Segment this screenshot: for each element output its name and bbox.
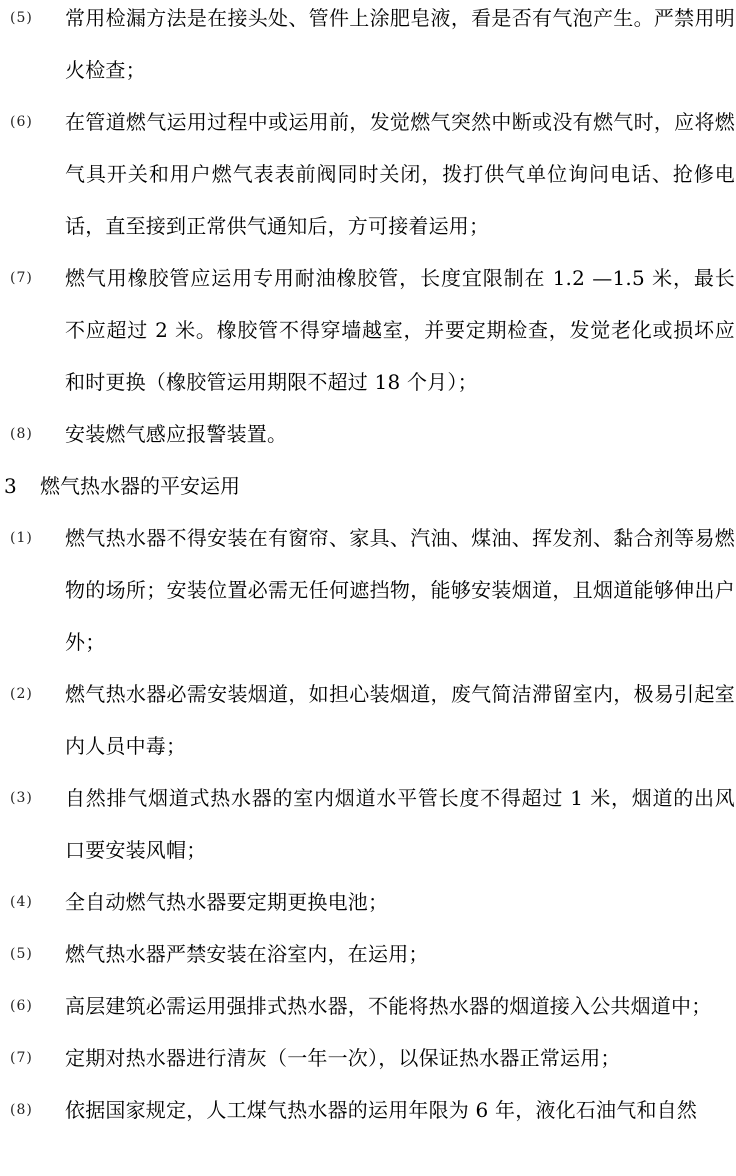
item-number: (1) bbox=[10, 512, 60, 564]
list-item-8b: (8) 依据国家规定，人工煤气热水器的运用年限为 6 年，液化石油气和自然 bbox=[0, 1084, 736, 1136]
item-number: (2) bbox=[10, 668, 60, 720]
section-heading: 3 燃气热水器的平安运用 bbox=[0, 460, 736, 512]
item-text: 定期对热水器进行清灰（一年一次），以保证热水器正常运用； bbox=[65, 1032, 735, 1084]
list-item-1: (1) 燃气热水器不得安装在有窗帘、家具、汽油、煤油、挥发剂、黏合剂等易燃物的场… bbox=[0, 512, 736, 668]
item-text: 高层建筑必需运用强排式热水器，不能将热水器的烟道接入公共烟道中； bbox=[65, 980, 735, 1032]
list-item-6b: (6) 高层建筑必需运用强排式热水器，不能将热水器的烟道接入公共烟道中； bbox=[0, 980, 736, 1032]
item-text: 全自动燃气热水器要定期更换电池； bbox=[65, 876, 735, 928]
item-number: (8) bbox=[10, 1084, 60, 1136]
item-number: (3) bbox=[10, 772, 60, 824]
item-text: 依据国家规定，人工煤气热水器的运用年限为 6 年，液化石油气和自然 bbox=[65, 1084, 735, 1136]
item-number: (6) bbox=[10, 980, 60, 1032]
item-text: 在管道燃气运用过程中或运用前，发觉燃气突然中断或没有燃气时，应将燃气具开关和用户… bbox=[65, 96, 735, 252]
list-item-6: (6) 在管道燃气运用过程中或运用前，发觉燃气突然中断或没有燃气时，应将燃气具开… bbox=[0, 96, 736, 252]
list-item-5: (5) 常用检漏方法是在接头处、管件上涂肥皂液，看是否有气泡产生。严禁用明火检查… bbox=[0, 0, 736, 96]
item-number: (8) bbox=[10, 408, 60, 460]
item-text: 常用检漏方法是在接头处、管件上涂肥皂液，看是否有气泡产生。严禁用明火检查； bbox=[65, 0, 735, 96]
item-number: (5) bbox=[10, 0, 60, 44]
list-item-8: (8) 安装燃气感应报警装置。 bbox=[0, 408, 736, 460]
item-number: (6) bbox=[10, 96, 60, 148]
list-item-7b: (7) 定期对热水器进行清灰（一年一次），以保证热水器正常运用； bbox=[0, 1032, 736, 1084]
list-item-3: (3) 自然排气烟道式热水器的室内烟道水平管长度不得超过 1 米，烟道的出风口要… bbox=[0, 772, 736, 876]
item-text: 燃气热水器严禁安装在浴室内，在运用； bbox=[65, 928, 735, 980]
item-number: (7) bbox=[10, 252, 60, 304]
item-text: 自然排气烟道式热水器的室内烟道水平管长度不得超过 1 米，烟道的出风口要安装风帽… bbox=[65, 772, 735, 876]
list-item-4: (4) 全自动燃气热水器要定期更换电池； bbox=[0, 876, 736, 928]
document-page: (5) 常用检漏方法是在接头处、管件上涂肥皂液，看是否有气泡产生。严禁用明火检查… bbox=[0, 0, 736, 1136]
item-number: (7) bbox=[10, 1032, 60, 1084]
item-text: 燃气热水器不得安装在有窗帘、家具、汽油、煤油、挥发剂、黏合剂等易燃物的场所；安装… bbox=[65, 512, 735, 668]
item-number: (4) bbox=[10, 876, 60, 928]
section-number: 3 bbox=[4, 460, 17, 512]
item-text: 安装燃气感应报警装置。 bbox=[65, 408, 735, 460]
list-item-2: (2) 燃气热水器必需安装烟道，如担心装烟道，废气简洁滞留室内，极易引起室内人员… bbox=[0, 668, 736, 772]
item-number: (5) bbox=[10, 928, 60, 980]
section-title: 燃气热水器的平安运用 bbox=[40, 460, 240, 512]
list-item-7: (7) 燃气用橡胶管应运用专用耐油橡胶管，长度宜限制在 1.2 —1.5 米，最… bbox=[0, 252, 736, 408]
list-item-5b: (5) 燃气热水器严禁安装在浴室内，在运用； bbox=[0, 928, 736, 980]
item-text: 燃气用橡胶管应运用专用耐油橡胶管，长度宜限制在 1.2 —1.5 米，最长不应超… bbox=[65, 252, 735, 408]
item-text: 燃气热水器必需安装烟道，如担心装烟道，废气简洁滞留室内，极易引起室内人员中毒； bbox=[65, 668, 735, 772]
